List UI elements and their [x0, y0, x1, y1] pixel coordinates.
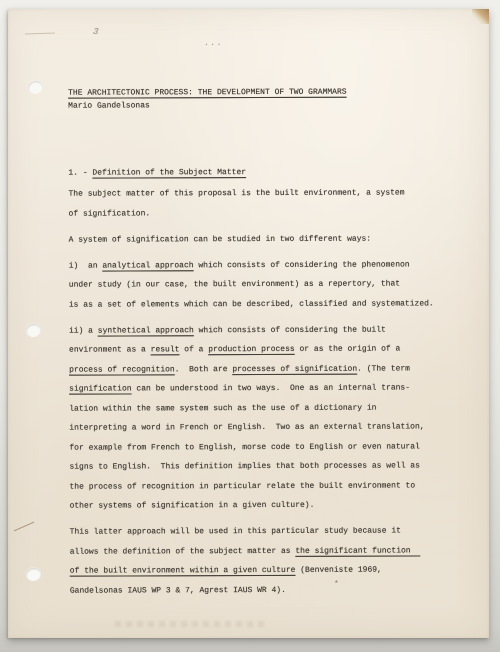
document-title: THE ARCHITECTONIC PROCESS: THE DEVELOPME… [68, 85, 460, 99]
typed-line: environment as a result of a production … [69, 339, 461, 360]
scanned-document: 3 ... * THE ARCHITECTONIC PROCESS: THE D… [0, 0, 500, 652]
typed-line: process of recognition. Both are process… [69, 359, 461, 380]
paragraph: This latter approach will be used in thi… [70, 521, 462, 600]
section-title: Definition of the Subject Matter [92, 168, 246, 178]
paragraph: ii) a synthetical approach which consist… [69, 320, 462, 516]
typed-line: ii) a synthetical approach which consist… [69, 320, 461, 341]
crease-mark [25, 32, 55, 34]
typed-line: the process of recognition in particular… [69, 476, 461, 497]
typed-line: allows the definition of the subject mat… [70, 541, 462, 562]
typed-line: i) an analytical approach which consists… [69, 255, 461, 276]
paragraphs-container: The subject matter of this proposal is t… [68, 183, 461, 600]
paragraph: The subject matter of this proposal is t… [68, 183, 460, 223]
typed-line: signs to English. This definition implie… [69, 456, 461, 477]
typed-line: The subject matter of this proposal is t… [68, 183, 460, 204]
paragraph: i) an analytical approach which consists… [69, 255, 461, 315]
typed-line: signification can be understood in two w… [69, 378, 461, 399]
typed-line: other systems of signification in a give… [70, 495, 462, 516]
punch-hole-top [27, 79, 45, 95]
punch-hole-bottom [25, 566, 43, 582]
typed-line: A system of signification can be studied… [69, 229, 461, 250]
bleed-through-smudge [115, 621, 265, 627]
typed-line: under study (in our case, the built envi… [69, 274, 461, 295]
typed-line: lation within the same system such as th… [69, 398, 461, 419]
scratch-mark [14, 522, 35, 532]
paragraph: A system of signification can be studied… [69, 229, 461, 250]
paper-page: 3 ... * THE ARCHITECTONIC PROCESS: THE D… [8, 9, 489, 638]
typed-line: interpreting a word in French or English… [69, 417, 461, 438]
pencil-page-number: 3 [92, 27, 99, 38]
typed-line: This latter approach will be used in thi… [70, 521, 462, 542]
typed-line: of the built environment within a given … [70, 560, 462, 581]
section-heading: 1. - Definition of the Subject Matter [68, 162, 460, 183]
typed-line: Gandelsonas IAUS WP 3 & 7, Agrest IAUS W… [70, 580, 462, 601]
document-author: Mario Gandelsonas [68, 98, 460, 112]
section-number: 1. - [68, 169, 92, 178]
punch-hole-middle [25, 322, 43, 338]
typed-line: of signification. [69, 203, 461, 224]
faint-dots-mark: ... [204, 39, 223, 48]
typed-line: for example from French to English, mors… [69, 437, 461, 458]
corner-stain [472, 9, 489, 24]
typed-text-block: THE ARCHITECTONIC PROCESS: THE DEVELOPME… [68, 85, 462, 600]
typed-line: is as a set of elements which can be des… [69, 294, 461, 315]
